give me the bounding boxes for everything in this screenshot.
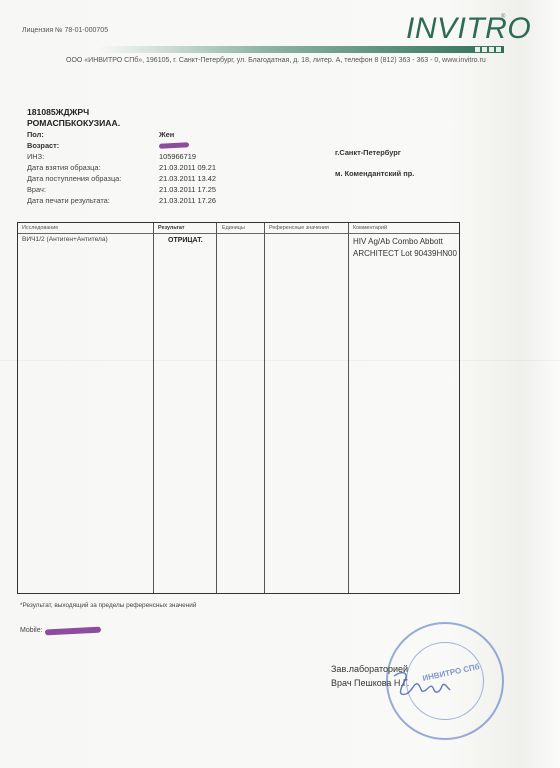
document-page: Лицензия № 78-01-000705 INVITRO ® ООО «И… — [0, 0, 560, 768]
logo-squares-icon — [475, 47, 501, 52]
detail-value: 21.03.2011 17.26 — [159, 196, 216, 205]
detail-row-sex: Пол: Жен — [27, 129, 216, 140]
redaction-mark — [159, 142, 189, 149]
comment-line: ARCHITECT Lot 90439HN00 — [353, 248, 457, 260]
detail-label: Дата поступления образца: — [27, 174, 159, 183]
office-location: м. Комендантский пр. — [335, 169, 414, 178]
cell-result: ОТРИЦАТ. — [168, 237, 203, 244]
invitro-logo: INVITRO — [406, 12, 531, 46]
detail-row-inz: ИНЗ: 105966719 — [27, 151, 216, 162]
detail-value: 21.03.2011 13.42 — [159, 174, 216, 183]
detail-value: 21.03.2011 09.21 — [159, 163, 216, 172]
header-comment: Комментарий — [353, 225, 387, 231]
mobile-line: Mobile: — [20, 627, 101, 634]
detail-label: Возраст: — [27, 141, 159, 150]
signature-icon — [392, 668, 452, 698]
company-address: ООО «ИНВИТРО СПб», 196105, г. Санкт-Пете… — [66, 57, 486, 64]
header-result: Результат — [158, 225, 184, 231]
mobile-label: Mobile: — [20, 627, 43, 634]
header-divider — [18, 233, 459, 234]
detail-value: 105966719 — [159, 152, 196, 161]
column-divider — [153, 223, 154, 593]
detail-row-sample-taken: Дата взятия образца: 21.03.2011 09.21 — [27, 162, 216, 173]
detail-row-print-date: Дата печати результата: 21.03.2011 17.26 — [27, 195, 216, 206]
footnote: *Результат, выходящий за пределы референ… — [20, 602, 196, 609]
header-test: Исследование — [22, 225, 58, 231]
brand-bar — [100, 46, 504, 53]
license-number: Лицензия № 78-01-000705 — [22, 27, 108, 34]
cell-comment: HIV Ag/Ab Combo Abbott ARCHITECT Lot 904… — [353, 236, 457, 260]
detail-label: Пол: — [27, 130, 159, 139]
column-divider — [264, 223, 265, 593]
comment-line: HIV Ag/Ab Combo Abbott — [353, 236, 457, 248]
detail-label: Врач: — [27, 185, 159, 194]
redaction-mark — [44, 626, 100, 635]
column-divider — [216, 223, 217, 593]
patient-details: Пол: Жен Возраст: ИНЗ: 105966719 Дата вз… — [27, 129, 216, 206]
detail-label: Дата печати результата: — [27, 196, 159, 205]
header-units: Единицы — [222, 225, 245, 231]
detail-value: 21.03.2011 17.25 — [159, 185, 216, 194]
column-divider — [348, 223, 349, 593]
results-table: Исследование Результат Единицы Референсн… — [17, 222, 460, 594]
detail-value: Жен — [159, 130, 174, 139]
city: г.Санкт-Петербург — [335, 148, 401, 157]
detail-row-doctor: Врач: 21.03.2011 17.25 — [27, 184, 216, 195]
cell-test: ВИЧ1/2 (Антиген+Антитела) — [22, 236, 108, 243]
header-reference: Референсные значения — [269, 225, 329, 231]
registered-mark: ® — [501, 14, 505, 20]
detail-label: ИНЗ: — [27, 152, 159, 161]
detail-row-age: Возраст: — [27, 140, 216, 151]
patient-id: 181085ЖДЖРЧ — [27, 107, 89, 117]
detail-label: Дата взятия образца: — [27, 163, 159, 172]
patient-name: РОМАСПБКОКУЗИАА. — [27, 118, 120, 128]
detail-row-sample-received: Дата поступления образца: 21.03.2011 13.… — [27, 173, 216, 184]
